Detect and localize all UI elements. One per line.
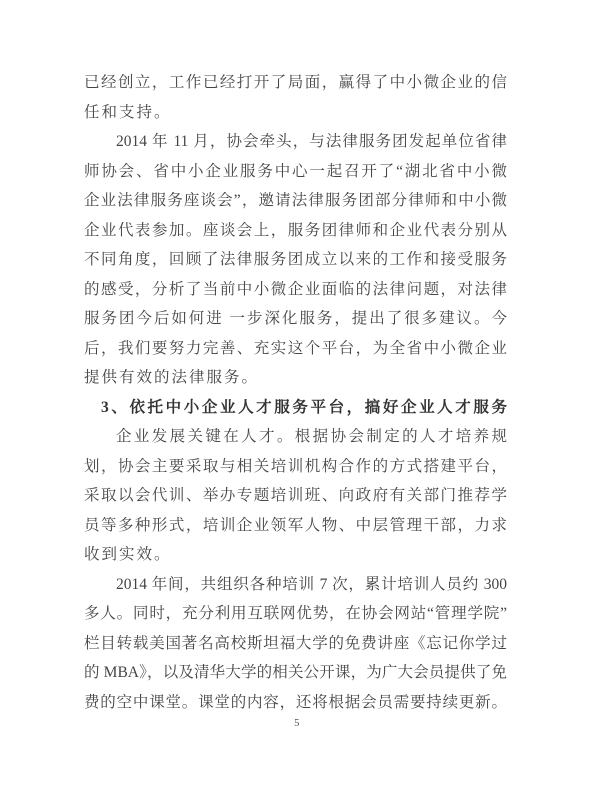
text-line: 采取以会代训、举办专题培训班、向政府有关部门推荐学 [84,481,507,511]
text-line: 企业代表参加。座谈会上，服务团律师和企业代表分别从 [84,216,507,246]
section-heading: 3、依托中小企业人才服务平台，搞好企业人才服务 [84,393,507,423]
text-line: 多人。同时，充分利用互联网优势，在协会网站“管理学院” [84,599,507,629]
text-line: 费的空中课堂。课堂的内容，还将根据会员需要持续更新。 [84,688,507,718]
text-line: 收到实效。 [84,540,507,570]
document-page: 已经创立，工作已经打开了局面，赢得了中小微企业的信 任和支持。 2014 年 1… [0,0,594,792]
text-line: 划，协会主要采取与相关培训机构合作的方式搭建平台， [84,452,507,482]
text-line: 后，我们要努力完善、充实这个平台，为全省中小微企业 [84,334,507,364]
text-line: 的感受，分析了当前中小微企业面临的法律问题，对法律 [84,275,507,305]
text-line: 服务团今后如何进 一步深化服务，提出了很多建议。今 [84,304,507,334]
text-line: 已经创立，工作已经打开了局面，赢得了中小微企业的信 [84,68,507,98]
text-line: 不同角度，回顾了法律服务团成立以来的工作和接受服务 [84,245,507,275]
text-line: 师协会、省中小企业服务中心一起召开了“湖北省中小微 [84,157,507,187]
page-number: 5 [0,718,594,729]
text-line: 2014 年 11 月，协会牵头，与法律服务团发起单位省律 [84,127,507,157]
text-line: 企业发展关键在人才。根据协会制定的人才培养规 [84,422,507,452]
document-text-block: 已经创立，工作已经打开了局面，赢得了中小微企业的信 任和支持。 2014 年 1… [84,68,507,717]
text-line: 2014 年间，共组织各种培训 7 次，累计培训人员约 300 [84,570,507,600]
text-line: 员等多种形式，培训企业领军人物、中层管理干部，力求 [84,511,507,541]
text-line: 企业法律服务座谈会”，邀请法律服务团部分律师和中小微 [84,186,507,216]
text-line: 提供有效的法律服务。 [84,363,507,393]
text-line: 的 MBA》，以及清华大学的相关公开课，为广大会员提供了免 [84,658,507,688]
text-line: 栏目转载美国著名高校斯坦福大学的免费讲座《忘记你学过 [84,629,507,659]
text-line: 任和支持。 [84,98,507,128]
